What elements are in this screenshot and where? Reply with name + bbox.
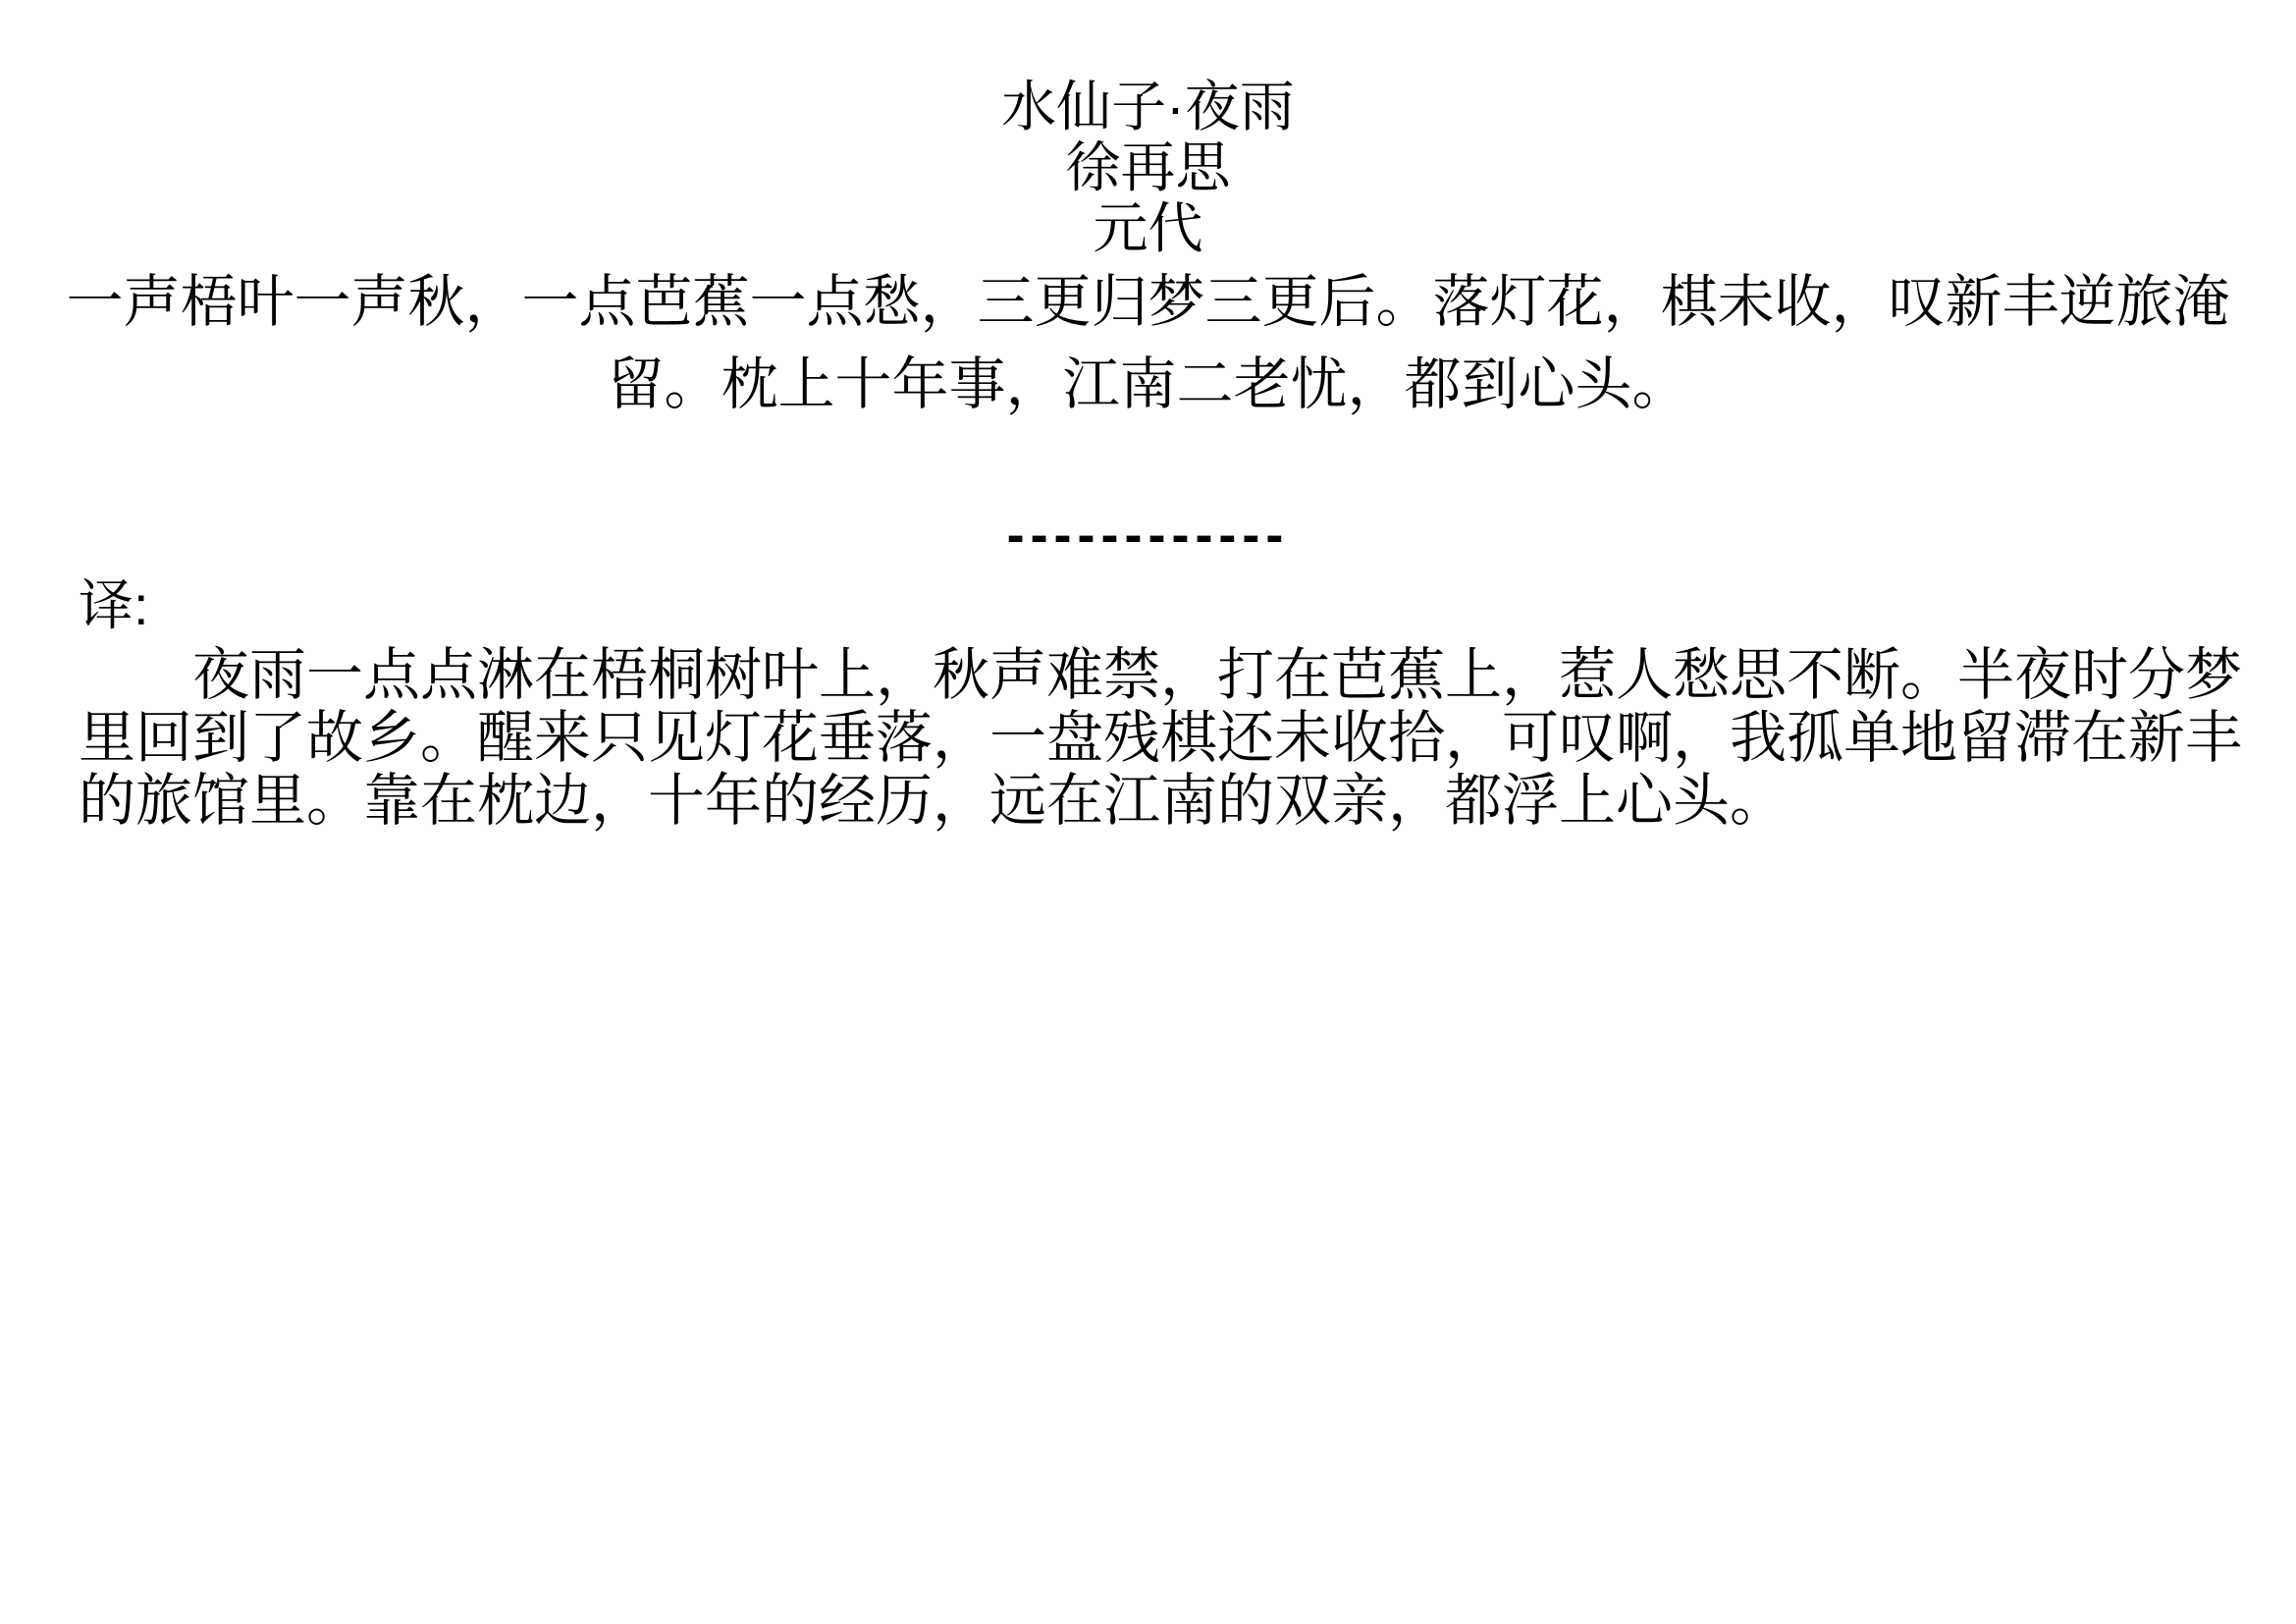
poem-title: 水仙子·夜雨 xyxy=(0,77,2296,137)
poem-header: 水仙子·夜雨 徐再思 元代 xyxy=(0,0,2296,259)
document-page: 水仙子·夜雨 徐再思 元代 一声梧叶一声秋，一点芭蕉一点愁，三更归梦三更后。落灯… xyxy=(0,0,2296,1624)
translation-text: 夜雨一点点淋在梧桐树叶上，秋声难禁，打在芭蕉上，惹人愁思不断。半夜时分梦里回到了… xyxy=(79,644,2250,833)
poem-text: 一声梧叶一声秋，一点芭蕉一点愁，三更归梦三更后。落灯花，棋未收，叹新丰逆旅淹留。… xyxy=(63,261,2234,426)
poem-author: 徐再思 xyxy=(0,137,2296,198)
translation-label: 译: xyxy=(79,574,2296,637)
poem-dynasty: 元代 xyxy=(0,198,2296,259)
dashed-separator: ------------ xyxy=(0,505,2296,566)
